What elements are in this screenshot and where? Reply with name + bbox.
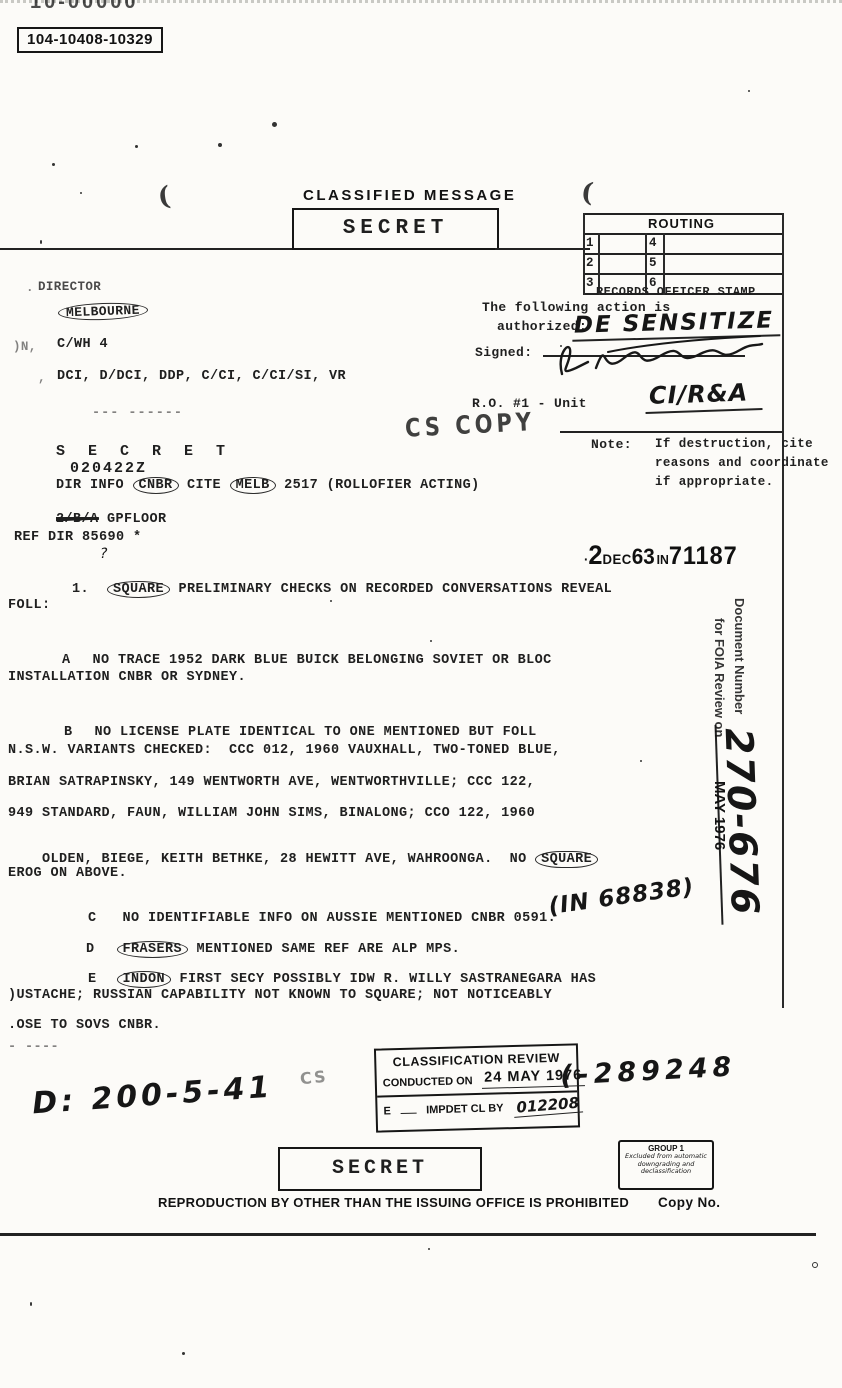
addressee-to: DIRECTOR (38, 280, 101, 294)
para1-number: 1. (72, 582, 89, 597)
review-impdet-value: 012208 (512, 1094, 582, 1118)
classification-text: S E C R E T (56, 443, 232, 460)
routing-cell: 1 (586, 236, 594, 250)
subpara-a-text: NO TRACE 1952 DARK BLUE BUICK BELONGING … (93, 653, 552, 668)
query-mark: ? (100, 546, 107, 562)
subpara-e-label: E (88, 972, 97, 987)
handwritten-file-number: D: 200-5-41 (31, 1070, 274, 1122)
subpara-b-label: B (64, 725, 73, 740)
action-prefix-mark: )N, (13, 340, 37, 354)
classification-box-top: SECRET (292, 208, 499, 250)
header-rule-left (0, 248, 292, 250)
action-desk: C/WH 4 (57, 337, 108, 352)
reference-line: REF DIR 85690 * (14, 530, 142, 545)
origin-station-circled: MELBOURNE (58, 301, 148, 321)
note-line2: reasons and coordinate (655, 456, 829, 470)
reproduction-notice: REPRODUCTION BY OTHER THAN THE ISSUING O… (158, 1195, 629, 1210)
foia-margin-stamp: Document Number 270-676 for FOIA Review … (690, 588, 840, 918)
corner-ghost-number: 10-00000 (30, 0, 139, 14)
subpara-a-cont: INSTALLATION CNBR OR SYDNEY. (8, 670, 246, 685)
routing-cell: 5 (649, 256, 657, 270)
note-line3: if appropriate. (655, 475, 774, 489)
rcv-in: IN (657, 552, 669, 567)
square-circled-2: SQUARE (535, 851, 598, 868)
scanned-document-page: 10-00000 104-10408-10329 ( CLASSIFIED ME… (0, 0, 842, 1388)
cs-ghost-stamp: CS (299, 1067, 328, 1089)
subpara-d-label: D (86, 942, 95, 957)
rcv-month: DEC (603, 551, 632, 567)
subpara-d-text: MENTIONED SAME REF ARE ALP MPS. (188, 942, 460, 957)
cs-copy-stamp: CS COPY (404, 407, 535, 443)
document-number-label: Document Number (732, 598, 747, 714)
para1-line: 1.SQUARE PRELIMINARY CHECKS ON RECORDED … (38, 566, 612, 613)
subpara-b-cont5: EROG ON ABOVE. (8, 866, 127, 881)
cnbr-circled: CNBR (133, 477, 179, 494)
note-label: Note: (591, 437, 632, 452)
routing-cell: 2 (586, 256, 594, 270)
header-rule-right (495, 248, 590, 250)
rcv-year: 63 (632, 544, 655, 570)
routing-cell: 4 (649, 236, 657, 250)
classification-bottom: SECRET (332, 1157, 428, 1180)
record-number: 104-10408-10329 (27, 31, 153, 48)
subpara-c-label: C (88, 911, 97, 926)
subpara-b-cont4-text: OLDEN, BIEGE, KEITH BETHKE, 28 HEWITT AV… (42, 852, 535, 867)
subpara-b-text: NO LICENSE PLATE IDENTICAL TO ONE MENTIO… (95, 725, 537, 740)
handwritten-register-number: (-289248 (559, 1051, 737, 1091)
subpara-e-text: FIRST SECY POSSIBLY IDW R. WILLY SASTRAN… (171, 972, 596, 987)
note-line1: If destruction, cite (655, 437, 813, 451)
classification-box-bottom: SECRET (278, 1147, 482, 1191)
page-title: CLASSIFIED MESSAGE (303, 187, 516, 204)
review-e-mark: E (383, 1105, 391, 1117)
subpara-b-cont2: BRIAN SATRAPINSKY, 149 WENTWORTH AVE, WE… (8, 775, 535, 790)
review-conducted-label: CONDUCTED ON (383, 1075, 473, 1089)
addr-pre: DIR INFO (56, 478, 133, 493)
square-circled: SQUARE (107, 581, 170, 598)
pencil-dashes-2: - ---- (8, 1040, 59, 1055)
foia-review-date: MAY 1976 (711, 781, 728, 850)
subpara-b-cont1: N.S.W. VARIANTS CHECKED: CCC 012, 1960 V… (8, 743, 561, 758)
routing-title: ROUTING (648, 216, 715, 231)
para1-text: PRELIMINARY CHECKS ON RECORDED CONVERSAT… (170, 582, 612, 597)
info-desks: DCI, D/DCI, DDP, C/CI, C/CI/SI, VR (57, 369, 346, 384)
subpara-e-cont1: )USTACHE; RUSSIAN CAPABILITY NOT KNOWN T… (8, 988, 552, 1003)
record-number-box: 104-10408-10329 (17, 27, 163, 53)
group1-box: GROUP 1 Excluded from automatic downgrad… (618, 1140, 714, 1190)
records-officer-stamp-caption: RECORDS OFFICER STAMP (596, 285, 756, 299)
footer-rule (0, 1233, 816, 1236)
review-title: CLASSIFICATION REVIEW (376, 1050, 576, 1069)
pen-curl-left: ( (156, 181, 172, 212)
para1-cont: FOLL: (8, 598, 51, 613)
note-separator (560, 431, 782, 433)
copy-no-label: Copy No. (658, 1195, 720, 1210)
foia-review-label: for FOIA Review on (712, 618, 727, 737)
melb-circled: MELB (230, 477, 276, 494)
handwritten-unit: CI/R&A (644, 378, 762, 414)
pencil-dashes: --- ------ (92, 406, 183, 421)
slug-word: GPFLOOR (99, 512, 167, 527)
rcv-number: 71187 (669, 542, 738, 571)
subpara-e-cont2: .OSE TO SOVS CNBR. (8, 1018, 161, 1033)
group1-line4: declassification (620, 1168, 712, 1176)
review-impdet-label: IMPDET CL BY (426, 1102, 504, 1116)
subpara-c-text: NO IDENTIFIABLE INFO ON AUSSIE MENTIONED… (123, 911, 557, 926)
to-prefix-mark: . (26, 281, 34, 295)
addr-post: 2517 (ROLLOFIER ACTING) (276, 478, 480, 493)
signed-label: Signed: (475, 345, 532, 360)
subpara-a-label: A (62, 653, 71, 668)
subpara-b-cont3: 949 STANDARD, FAUN, WILLIAM JOHN SIMS, B… (8, 806, 535, 821)
struck-indicator: 2/B/A (56, 512, 99, 527)
routing-cell: 3 (586, 276, 594, 290)
pen-curl-right: ( (579, 177, 594, 208)
classification-top: SECRET (343, 217, 449, 240)
classification-review-stamp: CLASSIFICATION REVIEW CONDUCTED ON 24 MA… (374, 1043, 580, 1132)
info-prefix-mark: , (38, 371, 46, 385)
indon-circled: INDON (117, 971, 172, 988)
addr-mid: CITE (179, 478, 230, 493)
